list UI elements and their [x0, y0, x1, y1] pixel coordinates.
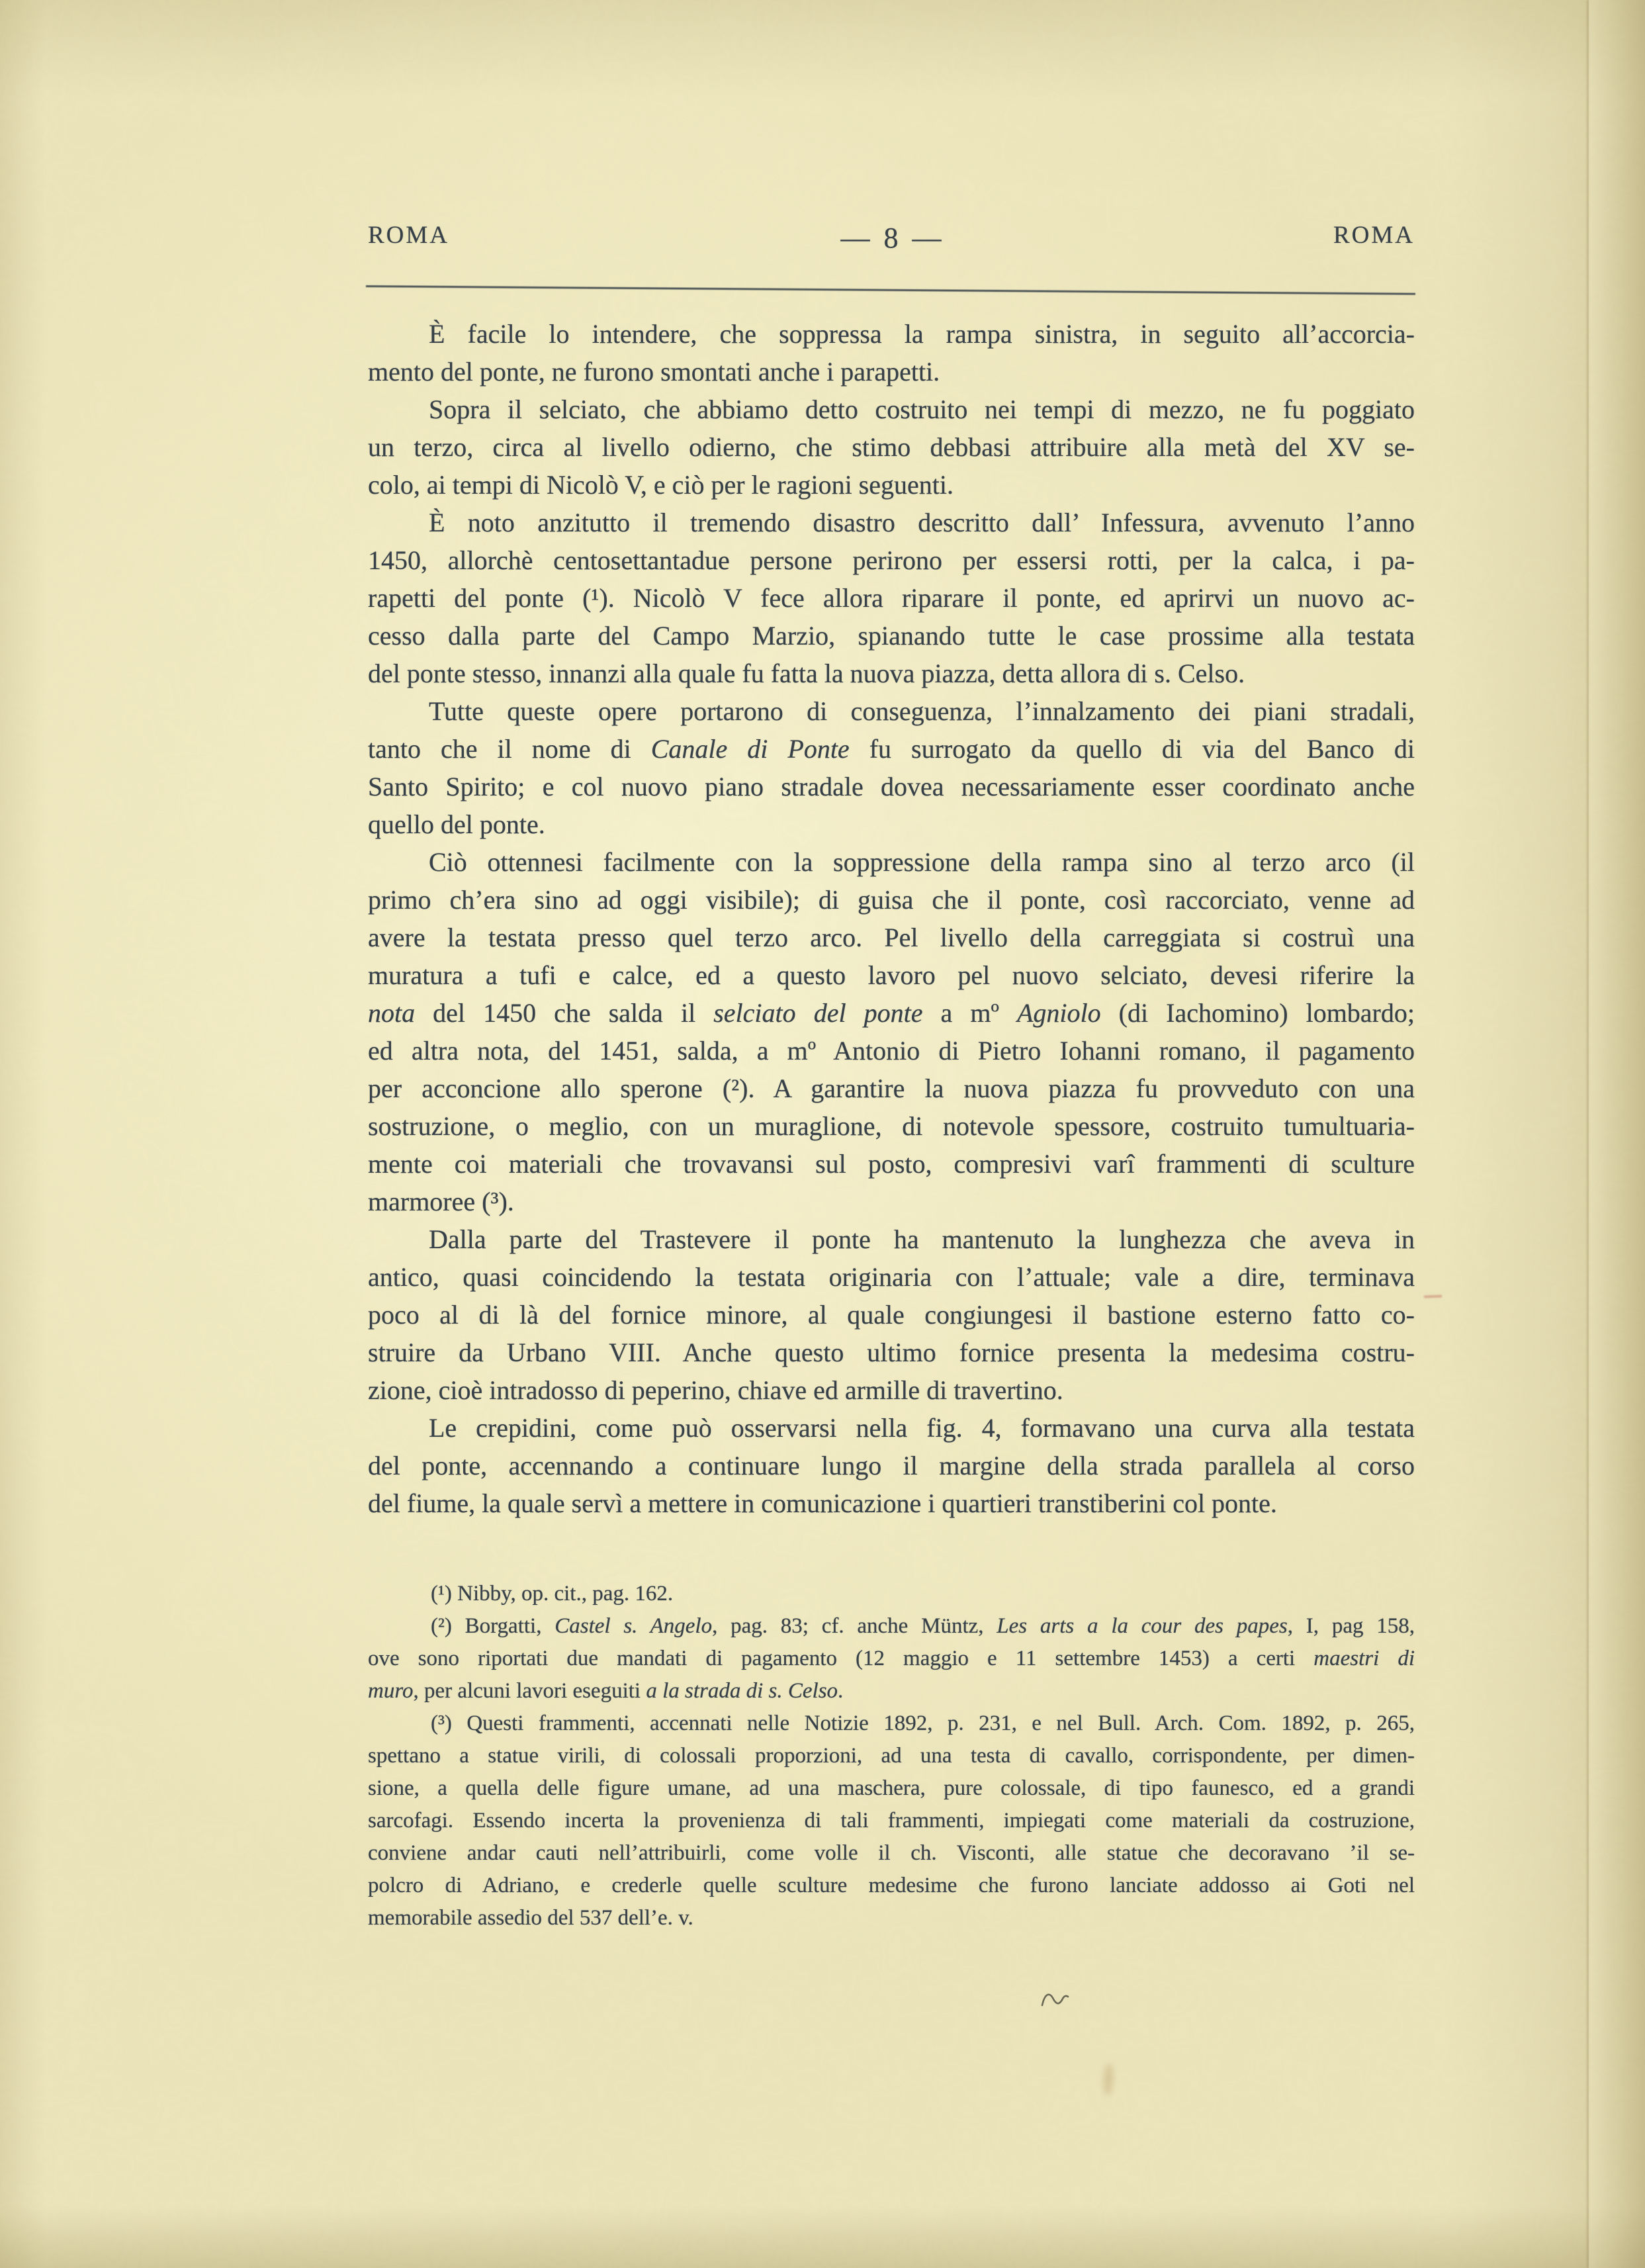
text-line: tanto che il nome di Canale di Ponte fu … [368, 730, 1415, 768]
text-line: conviene andar cauti nell’attribuirli, c… [368, 1837, 1415, 1870]
text-line: memorabile assedio del 537 dell’e. v. [368, 1902, 1415, 1934]
text-line: È facile lo intendere, che soppressa la … [368, 315, 1415, 353]
paragraph: Ciò ottennesi facilmente con la soppress… [368, 843, 1415, 1220]
text-line: muro, per alcuni lavori eseguiti a la st… [368, 1675, 1415, 1707]
text-line: primo ch’era sino ad oggi visibile); di … [368, 881, 1415, 919]
text-line: per acconcione allo sperone (²). A garan… [368, 1069, 1415, 1107]
paragraph: È noto anzitutto il tremendo disastro de… [368, 504, 1415, 692]
text-line: antico, quasi coincidendo la testata ori… [368, 1258, 1415, 1296]
page-number: — 8 — [841, 221, 942, 255]
paragraph: Sopra il selciato, che abbiamo detto cos… [368, 390, 1415, 504]
text-line: Santo Spirito; e col nuovo piano stradal… [368, 768, 1415, 805]
text-line: colo, ai tempi di Nicolò V, e ciò per le… [368, 466, 1415, 504]
header-divider-rule [366, 285, 1415, 295]
text-line: muratura a tufi e calce, ed a questo lav… [368, 956, 1415, 994]
footnotes-section: (¹) Nibby, op. cit., pag. 162.(²) Borgat… [368, 1578, 1415, 1934]
text-line: spettano a statue virili, di colossali p… [368, 1740, 1415, 1772]
text-line: Tutte queste opere portarono di consegue… [368, 692, 1415, 730]
paragraph: (¹) Nibby, op. cit., pag. 162. [368, 1578, 1415, 1610]
text-line: (¹) Nibby, op. cit., pag. 162. [368, 1578, 1415, 1610]
text-line: del ponte, accennando a continuare lungo… [368, 1447, 1415, 1484]
text-line: mente coi materiali che trovavansi sul p… [368, 1145, 1415, 1183]
paragraph: (²) Borgatti, Castel s. Angelo, pag. 83;… [368, 1610, 1415, 1707]
text-line: poco al di là del fornice minore, al qua… [368, 1296, 1415, 1334]
text-line: polcro di Adriano, e crederle quelle scu… [368, 1870, 1415, 1902]
text-line: cesso dalla parte del Campo Marzio, spia… [368, 617, 1415, 655]
text-line: avere la testata presso quel terzo arco.… [368, 919, 1415, 956]
text-line: ove sono riportati due mandati di pagame… [368, 1643, 1415, 1675]
text-line: sostruzione, o meglio, con un muraglione… [368, 1107, 1415, 1145]
text-line: marmoree (³). [368, 1183, 1415, 1220]
text-line: (³) Questi frammenti, accennati nelle No… [368, 1707, 1415, 1740]
paragraph: Dalla parte del Trastevere il ponte ha m… [368, 1220, 1415, 1409]
paragraph: (³) Questi frammenti, accennati nelle No… [368, 1707, 1415, 1934]
text-line: Ciò ottennesi facilmente con la soppress… [368, 843, 1415, 881]
text-line: Dalla parte del Trastevere il ponte ha m… [368, 1220, 1415, 1258]
margin-dash-mark [1424, 1295, 1442, 1298]
paragraph: Le crepidini, come può osservarsi nella … [368, 1409, 1415, 1522]
text-line: mento del ponte, ne furono smontati anch… [368, 353, 1415, 390]
page-header: ROMA — 8 — ROMA [368, 221, 1415, 249]
paragraph: Tutte queste opere portarono di consegue… [368, 692, 1415, 843]
text-line: quello del ponte. [368, 805, 1415, 843]
body-text: È facile lo intendere, che soppressa la … [368, 315, 1415, 1522]
text-line: ed altra nota, del 1451, salda, a mº Ant… [368, 1032, 1415, 1069]
paragraph: È facile lo intendere, che soppressa la … [368, 315, 1415, 390]
running-title-right: ROMA [1333, 221, 1415, 249]
text-line: Le crepidini, come può osservarsi nella … [368, 1409, 1415, 1447]
text-line: sarcofagi. Essendo incerta la provenienz… [368, 1805, 1415, 1837]
page-edge-shading [1589, 0, 1645, 2268]
text-line: rapetti del ponte (¹). Nicolò V fece all… [368, 579, 1415, 617]
text-line: sione, a quella delle figure umane, ad u… [368, 1772, 1415, 1805]
paper-smudge [1103, 2064, 1114, 2096]
text-line: nota del 1450 che salda il selciato del … [368, 994, 1415, 1032]
text-line: un terzo, circa al livello odierno, che … [368, 428, 1415, 466]
text-line: È noto anzitutto il tremendo disastro de… [368, 504, 1415, 541]
text-line: struire da Urbano VIII. Anche questo ult… [368, 1334, 1415, 1371]
text-line: 1450, allorchè centosettantadue persone … [368, 541, 1415, 579]
text-line: zione, cioè intradosso di peperino, chia… [368, 1371, 1415, 1409]
running-title-left: ROMA [368, 221, 449, 249]
text-line: (²) Borgatti, Castel s. Angelo, pag. 83;… [368, 1610, 1415, 1643]
pencil-squiggle-mark [1040, 1991, 1071, 2012]
text-line: Sopra il selciato, che abbiamo detto cos… [368, 390, 1415, 428]
scanned-book-page: ROMA — 8 — ROMA È facile lo intendere, c… [0, 0, 1645, 2268]
text-line: del fiume, la quale servì a mettere in c… [368, 1484, 1415, 1522]
text-line: del ponte stesso, innanzi alla quale fu … [368, 655, 1415, 692]
